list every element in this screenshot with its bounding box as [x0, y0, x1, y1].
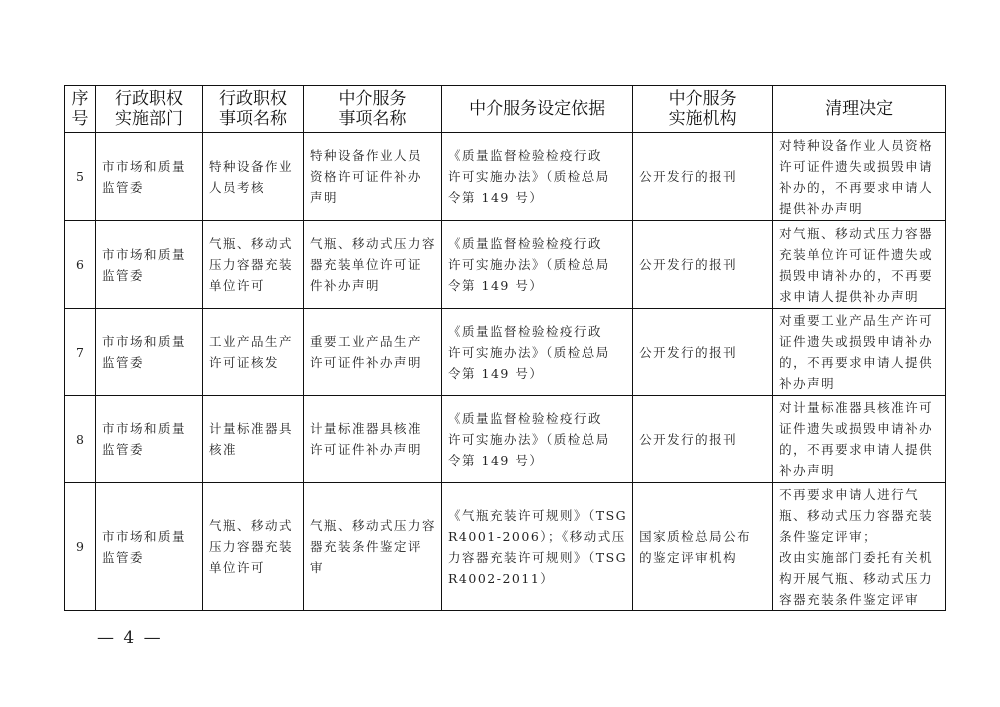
header-implementing-dept: 行政职权 实施部门 [96, 86, 203, 133]
text-line: 公开发行的报刊 [639, 254, 767, 275]
text-line: 件补办声明 [310, 275, 436, 296]
text-line: 审 [310, 557, 436, 578]
text-line: 求申请人提供补办声明 [779, 286, 940, 307]
text-line: 公开发行的报刊 [639, 429, 767, 450]
text-line: 核准 [209, 439, 298, 460]
text-line: 监管委 [102, 439, 197, 460]
header-service-item-name: 中介服务 事项名称 [304, 86, 442, 133]
text-line: 国家质检总局公布 [639, 526, 767, 547]
agency-cell: 公开发行的报刊 [633, 309, 773, 396]
text-line: 许可实施办法》（质检总局 [448, 166, 627, 187]
text-line: 许可证核发 [209, 352, 298, 373]
text-line: 的鉴定评审机构 [639, 547, 767, 568]
serial-number-cell: 7 [65, 309, 96, 396]
text-line: 压力容器充装 [209, 536, 298, 557]
header-line: 实施机构 [633, 109, 772, 129]
basis-cell: 《质量监督检验检疫行政 许可实施办法》（质检总局 令第 149 号） [442, 221, 633, 309]
text-line: 工业产品生产 [209, 331, 298, 352]
agency-cell: 国家质检总局公布 的鉴定评审机构 [633, 483, 773, 611]
text-line: 资格许可证件补办 [310, 166, 436, 187]
text-line: 《质量监督检验检疫行政 [448, 145, 627, 166]
text-line: 监管委 [102, 352, 197, 373]
text-line: 市市场和质量 [102, 156, 197, 177]
table-row: 7 市市场和质量 监管委 工业产品生产 许可证核发 重要工业产品生产 许可证件补… [65, 309, 946, 396]
header-service-basis: 中介服务设定依据 [442, 86, 633, 133]
text-line: 声明 [310, 187, 436, 208]
text-line: 的，不再要求申请人提供 [779, 352, 940, 373]
text-line: 气瓶、移动式 [209, 233, 298, 254]
service-item-cell: 气瓶、移动式压力容 器充装条件鉴定评 审 [304, 483, 442, 611]
text-line: 单位许可 [209, 275, 298, 296]
text-line: 条件鉴定评审； [779, 526, 940, 547]
text-line: 对特种设备作业人员资格 [779, 135, 940, 156]
text-line: 补办声明 [779, 373, 940, 394]
decision-cell: 对重要工业产品生产许可 证件遗失或损毁申请补办 的，不再要求申请人提供 补办声明 [773, 309, 946, 396]
power-item-cell: 工业产品生产 许可证核发 [203, 309, 304, 396]
power-item-cell: 特种设备作业 人员考核 [203, 133, 304, 221]
decision-cell: 对气瓶、移动式压力容器 充装单位许可证件遗失或 损毁申请补办的，不再要 求申请人… [773, 221, 946, 309]
text-line: 不再要求申请人进行气 [779, 484, 940, 505]
text-line: 人员考核 [209, 177, 298, 198]
text-line: 监管委 [102, 177, 197, 198]
basis-cell: 《气瓶充装许可规则》（TSG R4001-2006）；《移动式压 力容器充装许可… [442, 483, 633, 611]
text-line: 《质量监督检验检疫行政 [448, 408, 627, 429]
text-line: 《质量监督检验检疫行政 [448, 233, 627, 254]
text-line: 气瓶、移动式压力容 [310, 233, 436, 254]
decision-cell: 不再要求申请人进行气 瓶、移动式压力容器充装 条件鉴定评审； 改由实施部门委托有… [773, 483, 946, 611]
decision-cell: 对计量标准器具核准许可 证件遗失或损毁申请补办 的，不再要求申请人提供 补办声明 [773, 396, 946, 483]
decision-cell: 对特种设备作业人员资格 许可证件遗失或损毁申请 补办的，不再要求申请人 提供补办… [773, 133, 946, 221]
agency-cell: 公开发行的报刊 [633, 221, 773, 309]
agency-cell: 公开发行的报刊 [633, 396, 773, 483]
text-line: 市市场和质量 [102, 331, 197, 352]
text-line: 充装单位许可证件遗失或 [779, 244, 940, 265]
text-line: 单位许可 [209, 557, 298, 578]
text-line: 器充装条件鉴定评 [310, 536, 436, 557]
text-line: 计量标准器具 [209, 418, 298, 439]
table-row: 9 市市场和质量 监管委 气瓶、移动式 压力容器充装 单位许可 气瓶、移动式压力… [65, 483, 946, 611]
text-line: 损毁申请补办的，不再要 [779, 265, 940, 286]
header-power-item-name: 行政职权 事项名称 [203, 86, 304, 133]
serial-number-cell: 9 [65, 483, 96, 611]
text-line: 许可证件补办声明 [310, 439, 436, 460]
text-line: 力容器充装许可规则》（TSG [448, 547, 627, 568]
basis-cell: 《质量监督检验检疫行政 许可实施办法》（质检总局 令第 149 号） [442, 309, 633, 396]
service-item-cell: 重要工业产品生产 许可证件补办声明 [304, 309, 442, 396]
power-item-cell: 计量标准器具 核准 [203, 396, 304, 483]
text-line: 许可实施办法》（质检总局 [448, 429, 627, 450]
header-line: 事项名称 [304, 109, 441, 129]
serial-number-cell: 6 [65, 221, 96, 309]
dept-cell: 市市场和质量 监管委 [96, 133, 203, 221]
text-line: R4002-2011） [448, 568, 627, 589]
header-line: 序 [65, 89, 95, 109]
text-line: 市市场和质量 [102, 418, 197, 439]
serial-number-cell: 8 [65, 396, 96, 483]
text-line: 改由实施部门委托有关机 [779, 547, 940, 568]
text-line: 补办的，不再要求申请人 [779, 177, 940, 198]
text-line: 的，不再要求申请人提供 [779, 439, 940, 460]
document-page: 序 号 行政职权 实施部门 行政职权 事项名称 中介服务 事项名称 中介服务设定… [0, 0, 1000, 707]
table-header-row: 序 号 行政职权 实施部门 行政职权 事项名称 中介服务 事项名称 中介服务设定… [65, 86, 946, 133]
service-item-cell: 特种设备作业人员 资格许可证件补办 声明 [304, 133, 442, 221]
header-line: 实施部门 [96, 109, 202, 129]
header-line: 中介服务 [633, 89, 772, 109]
text-line: 气瓶、移动式压力容 [310, 515, 436, 536]
basis-cell: 《质量监督检验检疫行政 许可实施办法》（质检总局 令第 149 号） [442, 133, 633, 221]
dept-cell: 市市场和质量 监管委 [96, 396, 203, 483]
text-line: 许可实施办法》（质检总局 [448, 342, 627, 363]
text-line: 令第 149 号） [448, 363, 627, 384]
text-line: R4001-2006）；《移动式压 [448, 526, 627, 547]
power-item-cell: 气瓶、移动式 压力容器充装 单位许可 [203, 483, 304, 611]
text-line: 公开发行的报刊 [639, 166, 767, 187]
dept-cell: 市市场和质量 监管委 [96, 483, 203, 611]
text-line: 监管委 [102, 265, 197, 286]
table-row: 5 市市场和质量 监管委 特种设备作业 人员考核 特种设备作业人员 资格许可证件… [65, 133, 946, 221]
text-line: 对气瓶、移动式压力容器 [779, 223, 940, 244]
text-line: 补办声明 [779, 460, 940, 481]
header-line: 行政职权 [96, 89, 202, 109]
agency-cell: 公开发行的报刊 [633, 133, 773, 221]
text-line: 令第 149 号） [448, 450, 627, 471]
text-line: 监管委 [102, 547, 197, 568]
text-line: 提供补办声明 [779, 198, 940, 219]
text-line: 对计量标准器具核准许可 [779, 397, 940, 418]
header-line: 号 [65, 109, 95, 129]
text-line: 《气瓶充装许可规则》（TSG [448, 505, 627, 526]
header-line: 事项名称 [203, 109, 303, 129]
clearance-table: 序 号 行政职权 实施部门 行政职权 事项名称 中介服务 事项名称 中介服务设定… [64, 85, 946, 611]
text-line: 许可证件补办声明 [310, 352, 436, 373]
dept-cell: 市市场和质量 监管委 [96, 309, 203, 396]
text-line: 对重要工业产品生产许可 [779, 310, 940, 331]
table-row: 6 市市场和质量 监管委 气瓶、移动式 压力容器充装 单位许可 气瓶、移动式压力… [65, 221, 946, 309]
header-line: 中介服务 [304, 89, 441, 109]
text-line: 压力容器充装 [209, 254, 298, 275]
text-line: 证件遗失或损毁申请补办 [779, 418, 940, 439]
text-line: 市市场和质量 [102, 526, 197, 547]
header-service-agency: 中介服务 实施机构 [633, 86, 773, 133]
text-line: 特种设备作业人员 [310, 145, 436, 166]
header-line: 中介服务设定依据 [442, 99, 632, 119]
service-item-cell: 气瓶、移动式压力容 器充装单位许可证 件补办声明 [304, 221, 442, 309]
text-line: 容器充装条件鉴定评审 [779, 589, 940, 610]
text-line: 令第 149 号） [448, 275, 627, 296]
text-line: 特种设备作业 [209, 156, 298, 177]
serial-number-cell: 5 [65, 133, 96, 221]
header-line: 清理决定 [773, 99, 945, 119]
basis-cell: 《质量监督检验检疫行政 许可实施办法》（质检总局 令第 149 号） [442, 396, 633, 483]
text-line: 器充装单位许可证 [310, 254, 436, 275]
page-number: — 4 — [97, 628, 163, 648]
text-line: 重要工业产品生产 [310, 331, 436, 352]
text-line: 证件遗失或损毁申请补办 [779, 331, 940, 352]
header-clearance-decision: 清理决定 [773, 86, 946, 133]
text-line: 市市场和质量 [102, 244, 197, 265]
header-serial-number: 序 号 [65, 86, 96, 133]
dept-cell: 市市场和质量 监管委 [96, 221, 203, 309]
text-line: 构开展气瓶、移动式压力 [779, 568, 940, 589]
table-row: 8 市市场和质量 监管委 计量标准器具 核准 计量标准器具核准 许可证件补办声明… [65, 396, 946, 483]
text-line: 计量标准器具核准 [310, 418, 436, 439]
text-line: 许可实施办法》（质检总局 [448, 254, 627, 275]
text-line: 《质量监督检验检疫行政 [448, 321, 627, 342]
text-line: 令第 149 号） [448, 187, 627, 208]
text-line: 瓶、移动式压力容器充装 [779, 505, 940, 526]
text-line: 公开发行的报刊 [639, 342, 767, 363]
text-line: 气瓶、移动式 [209, 515, 298, 536]
header-line: 行政职权 [203, 89, 303, 109]
service-item-cell: 计量标准器具核准 许可证件补办声明 [304, 396, 442, 483]
text-line: 许可证件遗失或损毁申请 [779, 156, 940, 177]
power-item-cell: 气瓶、移动式 压力容器充装 单位许可 [203, 221, 304, 309]
